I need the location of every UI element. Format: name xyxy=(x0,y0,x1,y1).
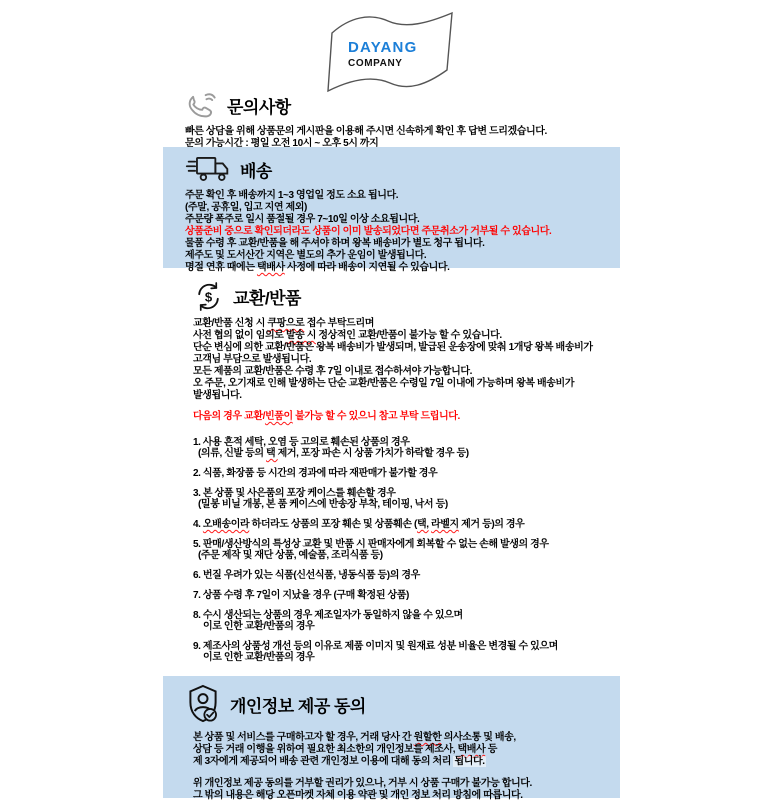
privacy-line: 제 3자에게 제공되어 배송 관련 개인정보 이용에 대해 동의 처리 됩니다. xyxy=(193,756,620,768)
truck-icon xyxy=(185,154,231,184)
shipping-panel: 배송 주문 확인 후 배송까지 1~3 영업일 정도 소요 됩니다. (주말, … xyxy=(163,147,620,268)
seller-notice-page: DAYANG COMPANY 문의사항 빠른 상담을 위해 상품문의 게시판을 … xyxy=(0,0,780,801)
shipping-warning-line: 상품준비 중으로 확인되더라도 상품이 이미 발송되었다면 주문취소가 거부될 … xyxy=(185,226,620,238)
svg-text:$: $ xyxy=(205,290,213,305)
inquiry-line: 빠른 상담을 위해 상품문의 게시판을 이용해 주시면 신속하게 확인 후 답변… xyxy=(185,126,547,138)
brand-company: COMPANY xyxy=(348,58,403,69)
exchange-line: 단순 변심에 의한 교환/반품은 왕복 배송비가 발생되며, 발급된 운송장에 … xyxy=(193,342,593,354)
phone-icon xyxy=(185,90,218,120)
privacy-consent-panel: 개인정보 제공 동의 본 상품 및 서비스를 구매하고자 할 경우, 거래 당사… xyxy=(163,676,620,798)
list-item: 4. 오배송이라 하더라도 상품의 포장 훼손 및 상품훼손 (택, 라벨지 제… xyxy=(193,519,593,530)
section-exchange-return: $ 교환/반품 교환/반품 신청 시 쿠팡으로 접수 부탁드리며 사전 협의 없… xyxy=(193,281,593,672)
shipping-line: 주문 확인 후 배송까지 1~3 영업일 정도 소요 됩니다. xyxy=(185,190,620,202)
shipping-line: 물품 수령 후 교환/반품을 해 주셔야 하며 왕복 배송비가 별도 청구 됩니… xyxy=(185,238,620,250)
brand-name: DAYANG xyxy=(348,39,417,56)
list-item: 3. 본 상품 및 사은품의 포장 케이스를 훼손할 경우 (밀봉 비닐 개봉,… xyxy=(193,488,593,510)
exchange-line: 교환/반품 신청 시 쿠팡으로 접수 부탁드리며 xyxy=(193,318,593,330)
exchange-line: 오 주문, 오기재로 인해 발생하는 단순 교환/반품은 수령일 7일 이내에 … xyxy=(193,378,593,390)
list-item: 6. 번질 우려가 있는 식품(신선식품, 냉동식품 등)의 경우 xyxy=(193,570,593,581)
list-item: 9. 제조사의 상품성 개선 등의 이유로 제품 이미지 및 원재료 성분 비율… xyxy=(193,641,593,663)
shipping-line: (주말, 공휴일, 입고 지연 제외) xyxy=(185,202,620,214)
shipping-line: 명절 연휴 때에는 택배사 사정에 따라 배송이 지연될 수 있습니다. xyxy=(185,262,620,274)
exchange-line: 사전 협의 없이 임의로 발송 시 정상적인 교환/반품이 불가능 할 수 있습… xyxy=(193,330,593,342)
privacy-line: 상담 등 거래 이행을 위하여 필요한 최소한의 개인정보를 제조사, 택배사 … xyxy=(193,744,620,756)
exchange-title: 교환/반품 xyxy=(233,284,301,309)
dayang-logo: DAYANG COMPANY xyxy=(320,8,462,96)
list-item: 1. 사용 흔적 세탁, 오염 등 고의로 훼손된 상품의 경우 (의류, 신발… xyxy=(193,437,593,459)
highlighted-text: 됩니다. xyxy=(453,756,485,767)
privacy-line: 본 상품 및 서비스를 구매하고자 할 경우, 거래 당사 간 원할한 의사소통… xyxy=(193,732,620,744)
exchange-line: 모든 제품의 교환/반품은 수령 후 7일 이내로 접수하셔야 가능합니다. xyxy=(193,366,593,378)
list-item: 7. 상품 수령 후 7일이 지났을 경우 (구매 확정된 상품) xyxy=(193,590,593,601)
inquiry-title: 문의사항 xyxy=(227,93,291,118)
refund-cycle-icon: $ xyxy=(193,281,224,312)
privacy-title: 개인정보 제공 동의 xyxy=(230,692,366,717)
list-item: 5. 판매/생산방식의 특성상 교환 및 반품 시 판매자에게 회복할 수 없는… xyxy=(193,539,593,561)
shipping-line: 주문량 폭주로 일시 품절될 경우 7~10일 이상 소요됩니다. xyxy=(185,214,620,226)
return-policy-list: 1. 사용 흔적 세탁, 오염 등 고의로 훼손된 상품의 경우 (의류, 신발… xyxy=(193,437,593,663)
list-item: 8. 수시 생산되는 상품의 경우 제조일자가 동일하지 않을 수 있으며 이로… xyxy=(193,610,593,632)
return-impossible-warning: 다음의 경우 교환/빈품이 불가능 할 수 있으니 참고 부탁 드립니다. xyxy=(193,411,593,423)
list-item: 2. 식품, 화장품 등 시간의 경과에 따라 재판매가 불가할 경우 xyxy=(193,468,593,479)
exchange-line: 발생됩니다. xyxy=(193,390,593,402)
privacy-line: 그 밖의 내용은 해당 오픈마켓 자체 이용 약관 및 개인 정보 처리 방침에… xyxy=(193,790,620,801)
exchange-line: 고객님 부담으로 발생됩니다. xyxy=(193,354,593,366)
shipping-title: 배송 xyxy=(240,157,272,182)
privacy-shield-icon xyxy=(185,684,221,724)
privacy-line: 위 개인정보 제공 동의를 거부할 권리가 있으나, 거부 시 상품 구매가 불… xyxy=(193,778,620,790)
section-inquiry: 문의사항 빠른 상담을 위해 상품문의 게시판을 이용해 주시면 신속하게 확인… xyxy=(185,90,547,150)
shipping-line: 제주도 및 도서산간 지역은 별도의 추가 운임이 발생됩니다. xyxy=(185,250,620,262)
